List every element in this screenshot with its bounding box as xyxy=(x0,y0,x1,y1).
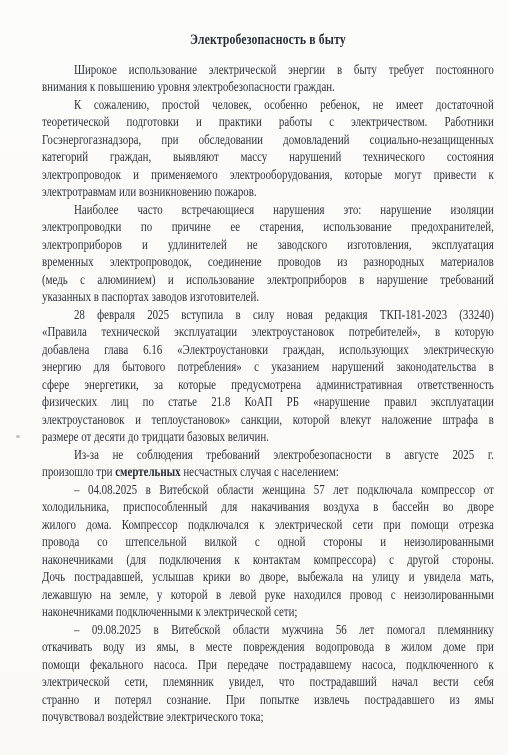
paragraph: К сожалению, простой человек, особенно р… xyxy=(42,97,494,202)
text-line: (медь с алюминием) и использование элект… xyxy=(42,272,494,290)
text-line: электротравмам или возникновению пожаров… xyxy=(42,184,494,202)
text-run: электротравмам или возникновению пожаров… xyxy=(42,185,257,200)
text-run: временных электропроводок, соединение пр… xyxy=(42,255,494,270)
text-line: – 09.08.2025 в Витебской области мужчина… xyxy=(42,622,494,640)
text-line: электроприборов и удлинителей не заводск… xyxy=(42,237,494,255)
text-run: произошло три xyxy=(42,465,115,480)
text-line: теоретической подготовки и практики рабо… xyxy=(42,114,494,132)
text-run: странно и потерял сознание. При попытке … xyxy=(42,693,494,708)
text-run: добавлена глава 6.16 «Электроустановки г… xyxy=(42,343,494,358)
text-run: электрической сети, племянник увидел, чт… xyxy=(42,675,494,690)
text-line: физических лиц по статье 21.8 КоАП РБ «н… xyxy=(42,394,494,412)
text-run: категорий граждан, выявляют массу наруше… xyxy=(42,150,494,165)
text-run: указанных в паспортах заводов изготовите… xyxy=(42,290,259,305)
text-line: К сожалению, простой человек, особенно р… xyxy=(42,97,494,115)
text-run: К сожалению, простой человек, особенно р… xyxy=(74,98,494,113)
text-line: электрической сети, племянник увидел, чт… xyxy=(42,674,494,692)
text-run: наконечниками подключенными к электричес… xyxy=(42,605,297,620)
text-run: электропроводки по причине ее старения, … xyxy=(42,220,494,235)
text-run: электропроводок и применяемого электрооб… xyxy=(42,168,494,183)
text-run: сфере энергетики, за которые предусмотре… xyxy=(42,378,494,393)
text-line: 28 февраля 2025 вступила в силу новая ре… xyxy=(42,307,494,325)
text-run: (медь с алюминием) и использование элект… xyxy=(42,273,494,288)
text-line: электропроводок и применяемого электрооб… xyxy=(42,167,494,185)
text-line: откачивать воду из ямы, в месте поврежде… xyxy=(42,639,494,657)
text-line: Из-за не соблюдения требований электробе… xyxy=(42,447,494,465)
text-run: – 09.08.2025 в Витебской области мужчина… xyxy=(74,623,494,638)
text-run: несчастных случая с населением: xyxy=(181,465,339,480)
paragraph: Широкое использование электрической энер… xyxy=(42,62,494,97)
text-line: электроустановок и теплоустановок» санкц… xyxy=(42,412,494,430)
text-run: размере от десяти до тридцати базовых ве… xyxy=(42,430,269,445)
text-run: энергию для бытового потребления» с указ… xyxy=(42,360,494,375)
text-line: – 04.08.2025 в Витебской области женщина… xyxy=(42,482,494,500)
text-line: произошло три смертельных несчастных слу… xyxy=(42,464,494,482)
document-page: Электробезопасность в быту Широкое испол… xyxy=(0,0,508,755)
text-line: категорий граждан, выявляют массу наруше… xyxy=(42,149,494,167)
document-body: Широкое использование электрической энер… xyxy=(42,62,494,727)
text-run: электроустановок и теплоустановок» санкц… xyxy=(42,413,494,428)
text-line: временных электропроводок, соединение пр… xyxy=(42,254,494,272)
text-run: почувствовал воздействие электрического … xyxy=(42,710,264,725)
text-line: Наиболее часто встречающиеся нарушения э… xyxy=(42,202,494,220)
text-run: откачивать воду из ямы, в месте поврежде… xyxy=(42,640,494,655)
text-run: «Правила технической эксплуатации электр… xyxy=(42,325,494,340)
text-line: Широкое использование электрической энер… xyxy=(42,62,494,80)
scan-speck xyxy=(16,435,20,438)
document-title: Электробезопасность в быту xyxy=(42,32,494,50)
paragraph: Наиболее часто встречающиеся нарушения э… xyxy=(42,202,494,307)
text-line: лежавшую на земле, у которой в левой рук… xyxy=(42,587,494,605)
bold-run: смертельных xyxy=(115,465,180,480)
text-run: Госэнергогазнадзора, при обследовании до… xyxy=(42,133,494,148)
text-run: лежавшую на земле, у которой в левой рук… xyxy=(42,588,494,603)
text-line: холодильника, приспособленный для накачи… xyxy=(42,499,494,517)
text-line: указанных в паспортах заводов изготовите… xyxy=(42,289,494,307)
text-line: добавлена глава 6.16 «Электроустановки г… xyxy=(42,342,494,360)
text-run: физических лиц по статье 21.8 КоАП РБ «н… xyxy=(42,395,494,410)
text-run: электроприборов и удлинителей не заводск… xyxy=(42,238,494,253)
text-run: наконечниками (для подключения к контакт… xyxy=(42,553,494,568)
text-run: помощи фекального насоса. При передаче п… xyxy=(42,658,494,673)
text-run: теоретической подготовки и практики рабо… xyxy=(42,115,494,130)
text-run: Дочь пострадавшей, услышав крики во двор… xyxy=(42,570,494,585)
text-line: внимания к повышению уровня электробезоп… xyxy=(42,79,494,97)
paragraph: 28 февраля 2025 вступила в силу новая ре… xyxy=(42,307,494,447)
text-line: наконечниками подключенными к электричес… xyxy=(42,604,494,622)
text-line: энергию для бытового потребления» с указ… xyxy=(42,359,494,377)
text-line: жилого дома. Компрессор подключался к эл… xyxy=(42,517,494,535)
text-run: провода со штепсельной вилкой с одной ст… xyxy=(42,535,494,550)
text-run: холодильника, приспособленный для накачи… xyxy=(42,500,494,515)
text-line: провода со штепсельной вилкой с одной ст… xyxy=(42,534,494,552)
paragraph: – 04.08.2025 в Витебской области женщина… xyxy=(42,482,494,622)
text-line: наконечниками (для подключения к контакт… xyxy=(42,552,494,570)
text-line: электропроводки по причине ее старения, … xyxy=(42,219,494,237)
text-run: Широкое использование электрической энер… xyxy=(74,63,494,78)
text-run: – 04.08.2025 в Витебской области женщина… xyxy=(74,483,494,498)
text-run: Наиболее часто встречающиеся нарушения э… xyxy=(74,203,494,218)
text-line: Дочь пострадавшей, услышав крики во двор… xyxy=(42,569,494,587)
text-line: «Правила технической эксплуатации электр… xyxy=(42,324,494,342)
paragraph: Из-за не соблюдения требований электробе… xyxy=(42,447,494,482)
text-line: Госэнергогазнадзора, при обследовании до… xyxy=(42,132,494,150)
text-line: размере от десяти до тридцати базовых ве… xyxy=(42,429,494,447)
text-run: Из-за не соблюдения требований электробе… xyxy=(74,448,494,463)
paragraph: – 09.08.2025 в Витебской области мужчина… xyxy=(42,622,494,727)
text-line: почувствовал воздействие электрического … xyxy=(42,709,494,727)
text-line: сфере энергетики, за которые предусмотре… xyxy=(42,377,494,395)
text-run: жилого дома. Компрессор подключался к эл… xyxy=(42,518,494,533)
text-run: внимания к повышению уровня электробезоп… xyxy=(42,80,335,95)
text-line: странно и потерял сознание. При попытке … xyxy=(42,692,494,710)
text-run: 28 февраля 2025 вступила в силу новая ре… xyxy=(74,308,494,323)
document-content: Электробезопасность в быту Широкое испол… xyxy=(42,32,494,727)
text-line: помощи фекального насоса. При передаче п… xyxy=(42,657,494,675)
